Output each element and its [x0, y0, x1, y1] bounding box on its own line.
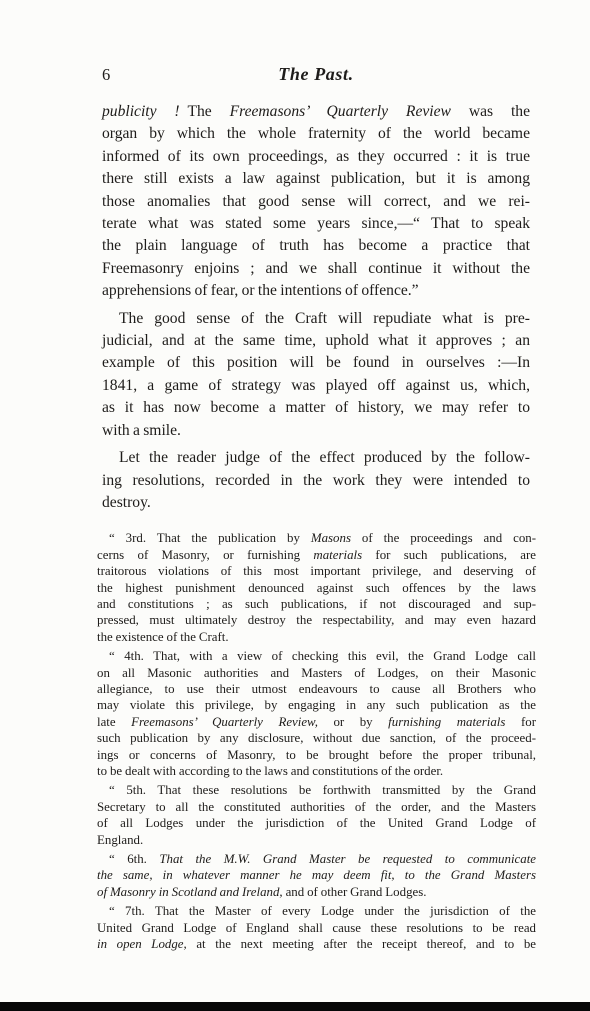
- running-title: The Past.: [278, 64, 353, 85]
- paragraph: publicity ! The Freemasons’ Quarterly Re…: [102, 101, 530, 303]
- text-block: 6 The Past. publicity ! The Freemasons’ …: [102, 64, 530, 955]
- paragraph: Let the reader judge of the effect produ…: [102, 447, 530, 514]
- paragraph: “ 4th. That, with a view of checking thi…: [97, 648, 536, 779]
- paragraph: “ 3rd. That the publication by Masons of…: [97, 530, 536, 645]
- paragraph: “ 7th. That the Master of every Lodge un…: [97, 903, 536, 952]
- scanned-book-page: 6 The Past. publicity ! The Freemasons’ …: [0, 0, 590, 1011]
- scan-edge-artifact: [0, 1002, 590, 1011]
- paragraph: “ 5th. That these resolutions be forthwi…: [97, 782, 536, 848]
- page-header: 6 The Past.: [102, 64, 530, 85]
- paragraph: “ 6th. That the M.W. Grand Master be req…: [97, 851, 536, 900]
- paragraph: The good sense of the Craft will repudia…: [102, 308, 530, 442]
- page-body: publicity ! The Freemasons’ Quarterly Re…: [102, 101, 530, 952]
- page-number: 6: [102, 65, 111, 85]
